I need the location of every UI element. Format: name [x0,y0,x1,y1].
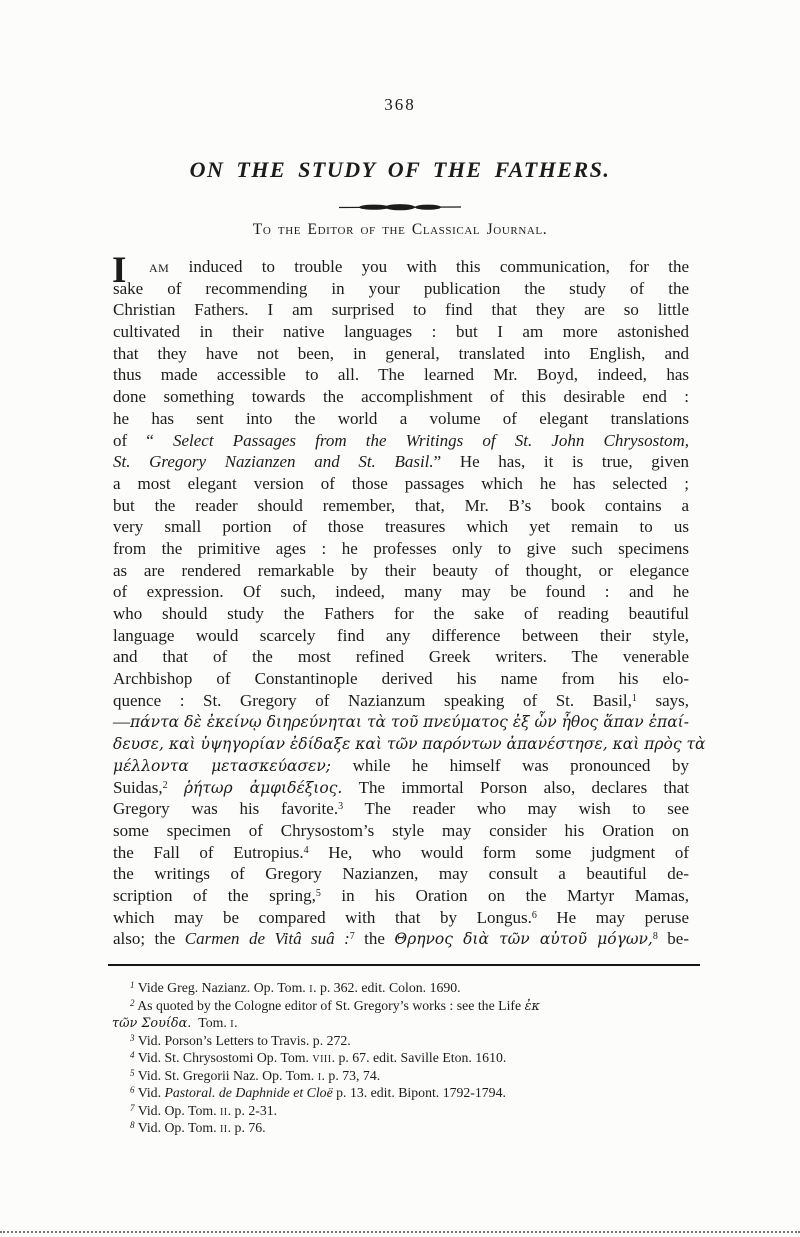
text-segment: am [149,257,169,276]
text-segment: Vid. Porson’s Letters to Travis. p. 272. [135,1033,351,1048]
text-segment: who should study the Fathers for the sak… [113,604,689,623]
text-segment: . p. 76. [228,1120,266,1135]
body-text-line: that they have not been, in general, tra… [113,343,689,365]
text-segment: ἐκ [525,999,540,1014]
text-segment: Christian Fathers. I am surprised to fin… [113,300,689,319]
text-segment: the Fall of Eutropius. [113,843,304,862]
text-segment: The reader who may wish to see [343,799,689,818]
text-segment: He may peruse [537,908,689,927]
text-segment: Θρηνος διὰ τῶν αὐτοῦ μόγων, [394,930,652,948]
text-segment: while he himself was pronounced by [331,756,689,775]
text-segment: from the primitive ages : he professes o… [113,539,689,558]
text-segment: and that of the most refined Greek write… [113,647,689,666]
text-segment: done something towards the accomplishmen… [113,387,689,406]
body-text-line: some specimen of Chrysostom’s style may … [113,820,689,842]
text-segment: which may be compared with that by Longu… [113,908,532,927]
text-segment: Vide Greg. Nazianz. Op. Tom. [135,980,310,995]
body-text-line: —πάντα δὲ ἐκείνῳ διηρεύνηται τὰ τοῦ πνεύ… [113,711,689,733]
body-text-line: language would scarcely find any differe… [113,625,689,647]
text-segment: Tom. [191,1015,230,1030]
text-segment: Vid. [135,1085,165,1100]
body-text-line: the writings of Gregory Nazianzen, may c… [113,863,689,885]
footnote-line: 4 Vid. St. Chrysostomi Op. Tom. viii. p.… [112,1049,694,1067]
text-segment: he has sent into the world a volume of e… [113,409,689,428]
body-text-line: done something towards the accomplishmen… [113,386,689,408]
text-segment: δευσε, καὶ ὑψηγορίαν ἐδίδαξε καὶ τῶν παρ… [113,735,706,753]
text-segment: Vid. Op. Tom. [135,1120,220,1135]
footnote-line: τῶν Σουίδα. Tom. i. [112,1014,694,1032]
text-segment: The immortal Porson also, declares that [342,778,689,797]
body-text-line: and that of the most refined Greek write… [113,646,689,668]
text-segment: . p. 67. edit. Saville Eton. 1610. [332,1050,507,1065]
text-segment: the [355,929,395,948]
text-segment: Vid. St. Gregorii Naz. Op. Tom. [135,1068,318,1083]
footnote-line: 3 Vid. Porson’s Letters to Travis. p. 27… [112,1032,694,1050]
footnote-line: 7 Vid. Op. Tom. ii. p. 2-31. [112,1102,694,1120]
text-segment: Archbishop of Constantinople derived his… [113,669,689,688]
text-segment: of expression. Of such, indeed, many may… [113,582,689,601]
text-segment: St. Gregory Nazianzen and St. Basil. [113,452,434,471]
body-text-line: Suidas,2 ῥήτωρ ἀμφιδέξιος. The immortal … [113,777,689,799]
body-text-line: Archbishop of Constantinople derived his… [113,668,689,690]
text-segment: ” He has, it is true, given [434,452,689,471]
body-text-line: a most elegant version of those passages… [113,473,689,495]
text-segment: He, who would form some judgment of [309,843,689,862]
text-segment: also; the [113,929,185,948]
body-text-line: of “ Select Passages from the Writings o… [113,430,689,452]
text-segment: cultivated in their native languages : b… [113,322,689,341]
article-body: am induced to trouble you with this comm… [113,256,689,950]
footnotes: 1 Vide Greg. Nazianz. Op. Tom. i. p. 362… [112,979,694,1137]
text-segment [168,778,184,797]
footnote-line: 1 Vide Greg. Nazianz. Op. Tom. i. p. 362… [112,979,694,997]
text-segment: . p. 2-31. [228,1103,277,1118]
article-title: ON THE STUDY OF THE FATHERS. [0,157,800,183]
text-segment: Vid. Op. Tom. [135,1103,220,1118]
text-segment: some specimen of Chrysostom’s style may … [113,821,689,840]
text-segment: ii [220,1103,228,1118]
body-text-line: St. Gregory Nazianzen and St. Basil.” He… [113,451,689,473]
text-segment: Gregory was his favorite. [113,799,338,818]
text-segment: sake of recommending in your publication… [113,279,689,298]
body-text-line: who should study the Fathers for the sak… [113,603,689,625]
text-segment: the writings of Gregory Nazianzen, may c… [113,864,689,883]
text-segment: Pastoral. de Daphnide et Cloë [164,1085,332,1100]
body-text-line: as are rendered remarkable by their beau… [113,560,689,582]
text-segment: τῶν Σουίδα. [112,1016,191,1031]
text-segment: of “ [113,431,173,450]
text-segment: thus made accessible to all. The learned… [113,365,689,384]
text-segment: scription of the spring, [113,886,316,905]
text-segment: very small portion of those treasures wh… [113,517,689,536]
text-segment: quence : St. Gregory of Nazianzum speaki… [113,691,632,710]
text-segment: says, [637,691,689,710]
text-segment: p. 13. edit. Bipont. 1792-1794. [333,1085,506,1100]
footnote-line: 6 Vid. Pastoral. de Daphnide et Cloë p. … [112,1084,694,1102]
body-text-line: cultivated in their native languages : b… [113,321,689,343]
text-segment: Vid. St. Chrysostomi Op. Tom. [135,1050,313,1065]
footnote-reference: 2 [163,780,168,791]
text-segment: — [113,712,130,731]
text-segment: induced to trouble you with this communi… [169,257,689,276]
text-segment: . p. 73, 74. [322,1068,381,1083]
text-segment: as are rendered remarkable by their beau… [113,561,689,580]
text-segment: πάντα δὲ ἐκείνῳ διηρεύνηται τὰ τοῦ πνεύμ… [130,713,689,731]
body-text-line: which may be compared with that by Longu… [113,907,689,929]
body-text-line: but the reader should remember, that, Mr… [113,495,689,517]
salutation: To the Editor of the Classical Journal. [0,221,800,239]
body-text-line: quence : St. Gregory of Nazianzum speaki… [113,690,689,712]
body-text-line: also; the Carmen de Vitâ suâ :7 the Θρην… [113,928,689,950]
footnote-line: 2 As quoted by the Cologne editor of St.… [112,997,694,1015]
text-segment: ii [220,1120,228,1135]
body-text-line: of expression. Of such, indeed, many may… [113,581,689,603]
text-segment: but the reader should remember, that, Mr… [113,496,689,515]
body-text-line: am induced to trouble you with this comm… [113,256,689,278]
body-text-line: very small portion of those treasures wh… [113,516,689,538]
text-segment: As quoted by the Cologne editor of St. G… [135,998,525,1013]
text-segment: Suidas, [113,778,163,797]
body-text-line: sake of recommending in your publication… [113,278,689,300]
text-segment: μέλλοντα μετασκεύασεν; [113,757,331,775]
text-segment: that they have not been, in general, tra… [113,344,689,363]
text-segment: in his Oration on the Martyr Mamas, [321,886,689,905]
footnote-line: 8 Vid. Op. Tom. ii. p. 76. [112,1119,694,1137]
body-text-line: thus made accessible to all. The learned… [113,364,689,386]
text-segment: a most elegant version of those passages… [113,474,689,493]
page-number: 368 [0,95,800,115]
text-segment: . [234,1015,237,1030]
scan-edge-artifact [0,1231,800,1233]
text-segment: language would scarcely find any differe… [113,626,689,645]
body-text-line: scription of the spring,5 in his Oration… [113,885,689,907]
body-text-line: Gregory was his favorite.3 The reader wh… [113,798,689,820]
divider-ornament-icon [338,200,462,218]
body-text-line: from the primitive ages : he professes o… [113,538,689,560]
body-text-line: he has sent into the world a volume of e… [113,408,689,430]
text-segment: . p. 362. edit. Colon. 1690. [313,980,461,995]
text-segment: ῥήτωρ ἀμφιδέξιος. [184,779,342,797]
text-segment: Select Passages from the Writings of St.… [173,431,689,450]
text-segment: viii [312,1050,331,1065]
body-text-line: Christian Fathers. I am surprised to fin… [113,299,689,321]
text-segment: Carmen de Vitâ suâ : [185,929,350,948]
text-segment: be- [658,929,689,948]
body-text-line: δευσε, καὶ ὑψηγορίαν ἐδίδαξε καὶ τῶν παρ… [113,733,689,755]
body-text-line: the Fall of Eutropius.4 He, who would fo… [113,842,689,864]
footnote-rule [108,964,700,966]
body-text-line: μέλλοντα μετασκεύασεν; while he himself … [113,755,689,777]
footnote-line: 5 Vid. St. Gregorii Naz. Op. Tom. i. p. … [112,1067,694,1085]
